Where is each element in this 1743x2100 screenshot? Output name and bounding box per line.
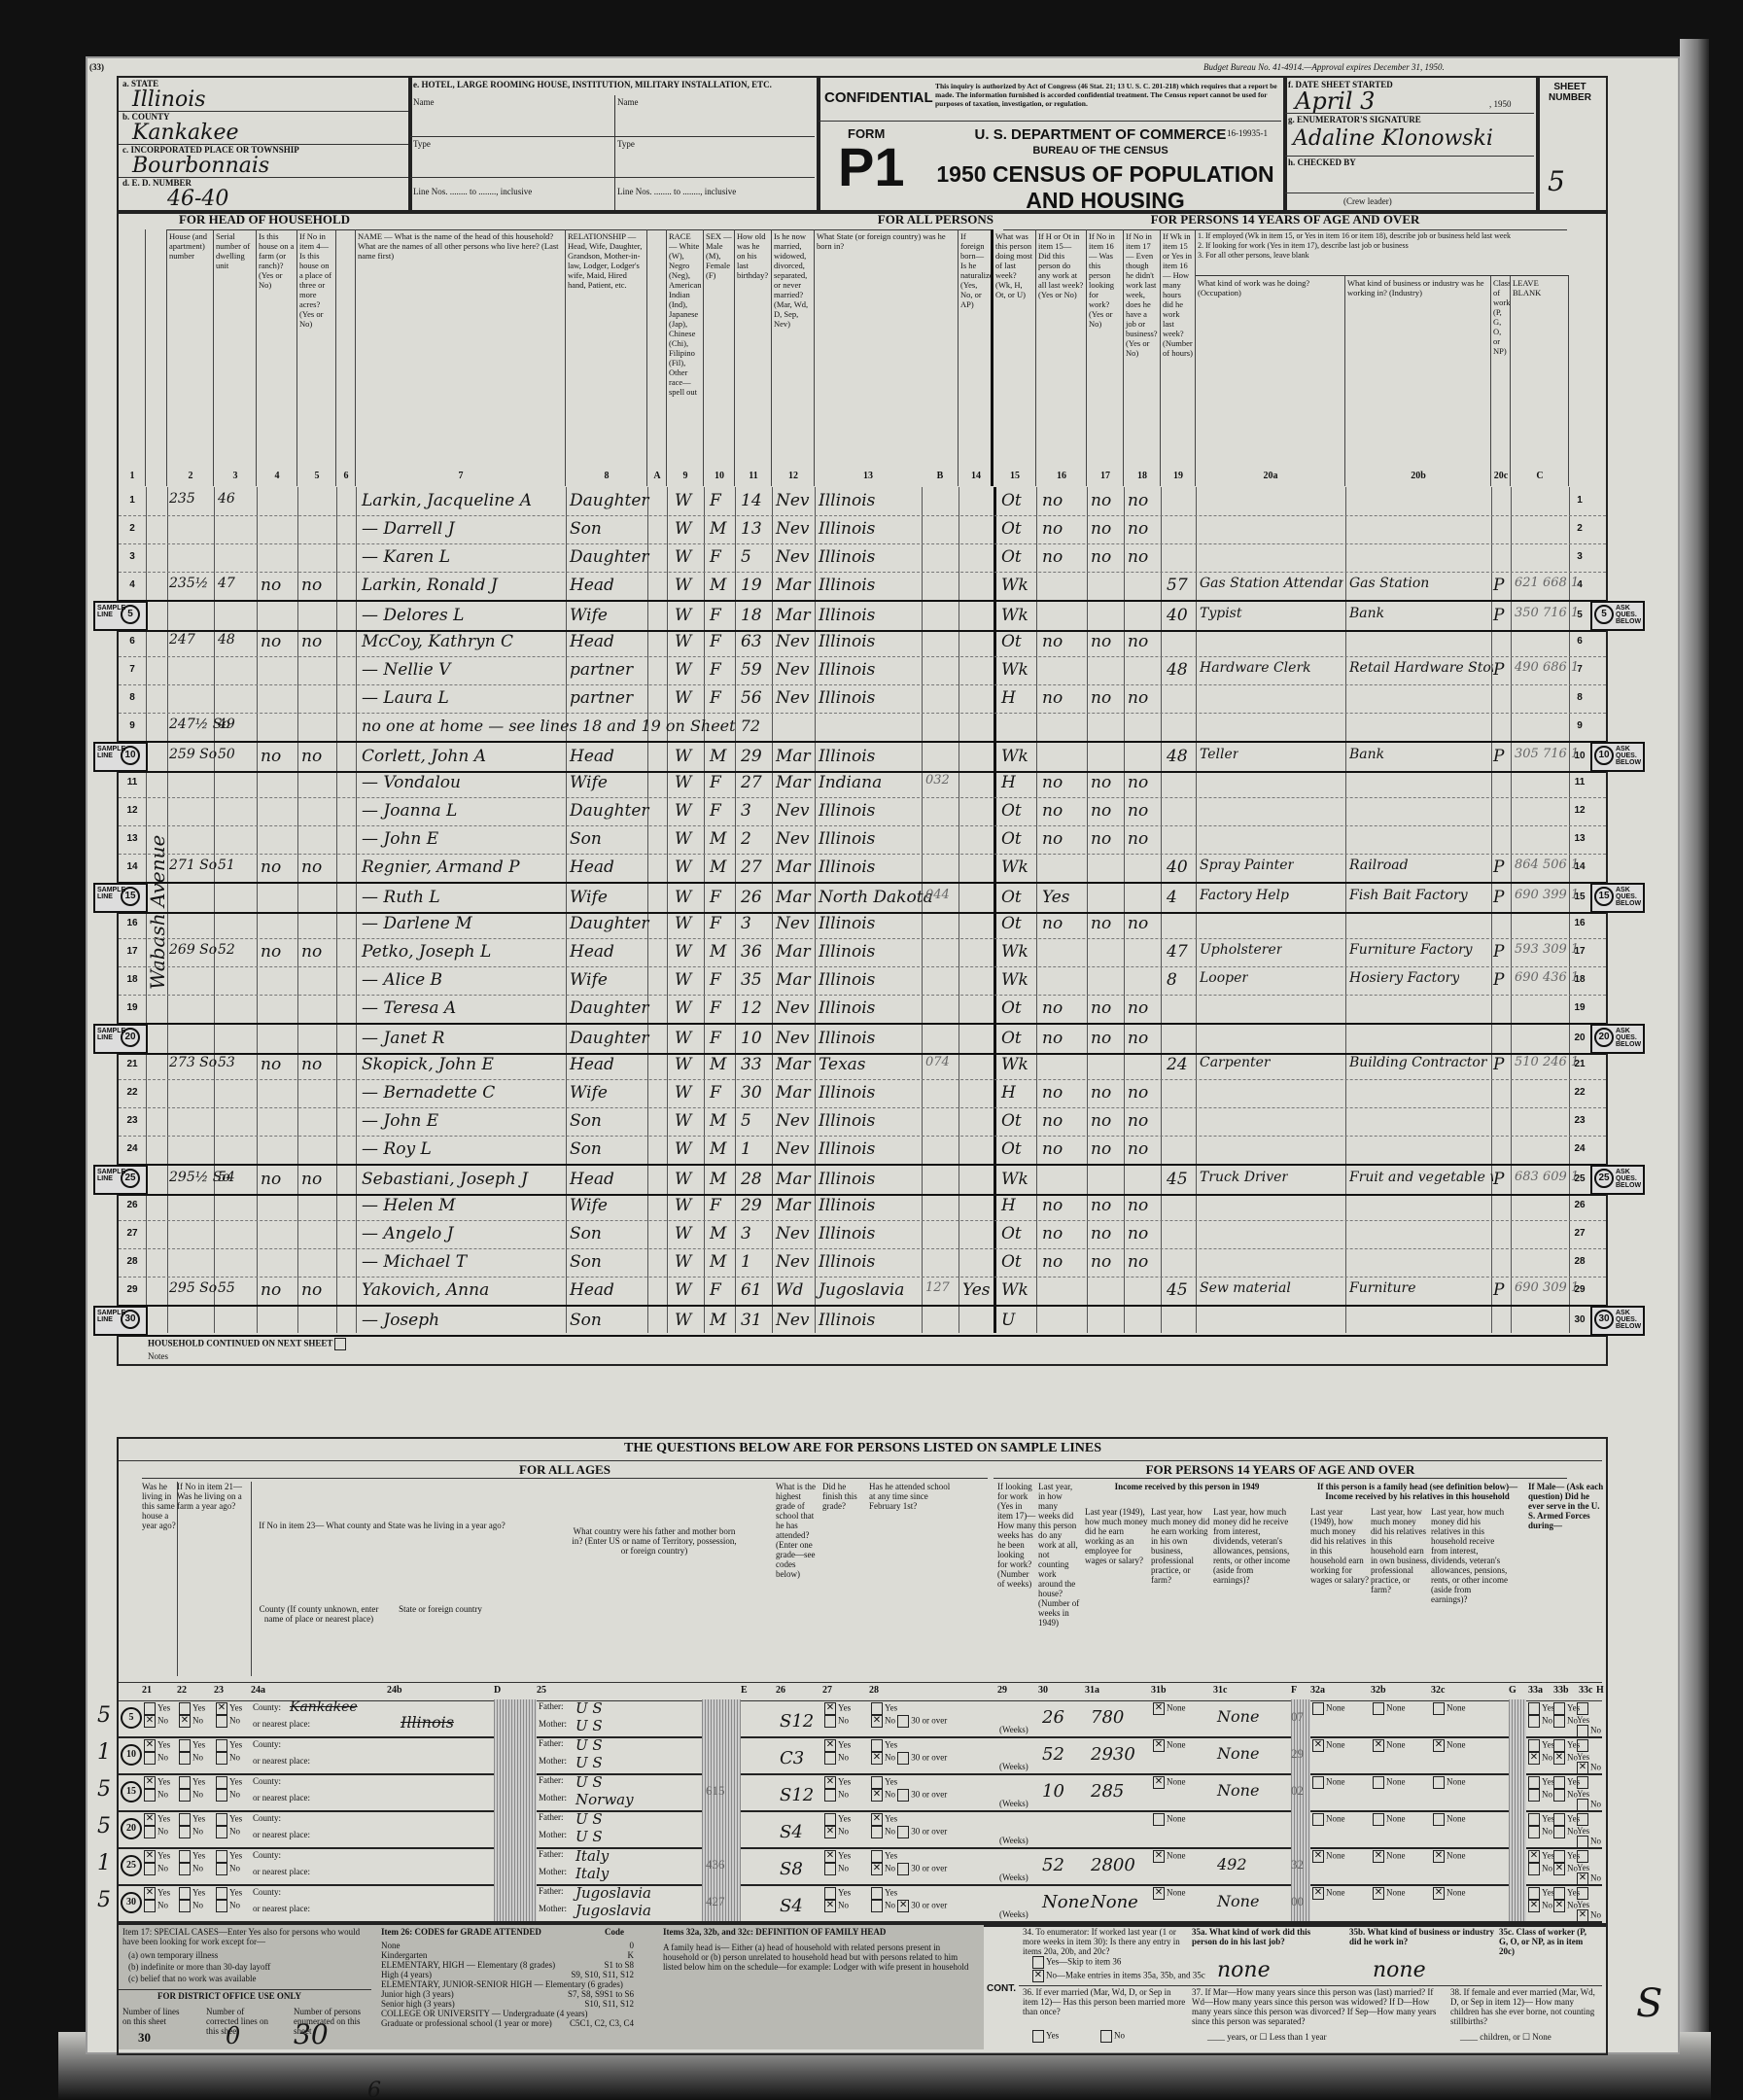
age[interactable]: 12 xyxy=(741,998,762,1018)
relationship[interactable]: Head xyxy=(570,576,614,595)
looking-for-work[interactable]: no xyxy=(1091,1083,1111,1102)
person-name[interactable]: — Joanna L xyxy=(362,801,457,821)
birthplace[interactable]: Illinois xyxy=(819,1252,875,1272)
activity[interactable]: Ot xyxy=(1001,888,1022,907)
house-number[interactable]: 269 So xyxy=(169,942,217,958)
person-name[interactable]: — Teresa A xyxy=(362,998,456,1018)
class-of-worker[interactable]: P xyxy=(1493,660,1504,680)
highest-grade[interactable]: S4 xyxy=(780,1822,803,1842)
occupation[interactable]: Upholsterer xyxy=(1200,942,1282,958)
marital-status[interactable]: Nev xyxy=(776,1029,810,1048)
house-number[interactable]: 247 xyxy=(169,632,195,647)
acres[interactable]: no xyxy=(301,942,322,962)
birthplace[interactable]: Illinois xyxy=(819,1083,875,1102)
marital-status[interactable]: Mar xyxy=(776,773,811,792)
marital-status[interactable]: Nev xyxy=(776,801,810,821)
class-of-worker[interactable]: P xyxy=(1493,1280,1504,1300)
race[interactable]: W xyxy=(675,1083,691,1102)
person-name[interactable]: Larkin, Ronald J xyxy=(362,576,498,595)
highest-grade[interactable]: C3 xyxy=(780,1748,804,1768)
own-business-income[interactable]: None xyxy=(1153,1813,1186,1826)
mother-birthplace[interactable]: U S xyxy=(575,1717,603,1734)
age[interactable]: 26 xyxy=(741,888,762,907)
age[interactable]: 27 xyxy=(741,857,762,877)
relatives-wages[interactable]: ✕None xyxy=(1312,1850,1345,1863)
person-name[interactable]: Yakovich, Anna xyxy=(362,1280,489,1300)
household-continued[interactable]: HOUSEHOLD CONTINUED ON NEXT SHEET xyxy=(148,1338,348,1350)
has-job[interactable]: no xyxy=(1128,1111,1148,1131)
hours-worked[interactable]: 45 xyxy=(1167,1170,1188,1189)
worked-last-week[interactable]: no xyxy=(1042,547,1063,567)
age[interactable]: 1 xyxy=(741,1139,751,1159)
hours-worked[interactable]: 48 xyxy=(1167,660,1188,680)
activity[interactable]: Ot xyxy=(1001,491,1022,510)
q22-on-farm[interactable]: YesNo xyxy=(179,1850,205,1875)
dwelling-serial[interactable]: 55 xyxy=(218,1280,235,1296)
race[interactable]: W xyxy=(675,1311,691,1330)
q22-on-farm[interactable]: Yes✕No xyxy=(179,1702,205,1728)
wages-1949[interactable]: None xyxy=(1091,1892,1138,1912)
birthplace[interactable]: Illinois xyxy=(819,1170,875,1189)
age[interactable]: 35 xyxy=(741,970,762,990)
race[interactable]: W xyxy=(675,1029,691,1048)
race[interactable]: W xyxy=(675,829,691,849)
worked-last-week[interactable]: no xyxy=(1042,1224,1063,1243)
q23-same-county[interactable]: YesNo xyxy=(216,1887,242,1912)
date-started[interactable]: April 3 xyxy=(1295,87,1375,115)
highest-grade[interactable]: S12 xyxy=(780,1711,814,1732)
other-income[interactable]: None xyxy=(1217,1744,1259,1763)
race[interactable]: W xyxy=(675,547,691,567)
has-job[interactable]: no xyxy=(1128,1083,1148,1102)
other-income[interactable]: None xyxy=(1217,1781,1259,1800)
birthplace[interactable]: Illinois xyxy=(819,1139,875,1159)
looking-for-work[interactable]: no xyxy=(1091,1111,1111,1131)
industry[interactable]: Building Contractor xyxy=(1349,1055,1487,1070)
highest-grade[interactable]: S8 xyxy=(780,1859,803,1879)
race[interactable]: W xyxy=(675,1280,691,1300)
q21-same-house[interactable]: ✕YesNo xyxy=(144,1850,170,1875)
acres[interactable]: no xyxy=(301,1170,322,1189)
father-birthplace[interactable]: U S xyxy=(575,1810,603,1828)
industry[interactable]: Bank xyxy=(1349,606,1384,621)
sex[interactable]: F xyxy=(710,914,721,933)
attended-school[interactable]: Yes✕No 30 or over xyxy=(871,1850,947,1875)
wages-1949[interactable]: 780 xyxy=(1091,1707,1124,1728)
race[interactable]: W xyxy=(675,1224,691,1243)
birthplace[interactable]: Illinois xyxy=(819,660,875,680)
race[interactable]: W xyxy=(675,998,691,1018)
mother-birthplace[interactable]: Italy xyxy=(575,1865,609,1882)
activity[interactable]: Wk xyxy=(1001,942,1028,962)
ww2-service[interactable]: YesNo xyxy=(1528,1776,1554,1802)
worked-last-week[interactable]: no xyxy=(1042,998,1063,1018)
q21-same-house[interactable]: ✕YesNo xyxy=(144,1887,170,1912)
relationship[interactable]: Daughter xyxy=(570,998,649,1018)
relationship[interactable]: Wife xyxy=(570,1196,608,1215)
father-birthplace[interactable]: Italy xyxy=(575,1847,609,1865)
person-name[interactable]: — Delores L xyxy=(362,606,464,625)
worked-last-week[interactable]: no xyxy=(1042,1139,1063,1159)
mother-birthplace[interactable]: U S xyxy=(575,1828,603,1845)
age[interactable]: 13 xyxy=(741,519,762,539)
class-of-worker[interactable]: P xyxy=(1493,747,1504,766)
person-name[interactable]: — Roy L xyxy=(362,1139,432,1159)
q22-on-farm[interactable]: YesNo xyxy=(179,1813,205,1838)
industry[interactable]: Bank xyxy=(1349,747,1384,762)
weeks-worked[interactable]: 52 xyxy=(1042,1744,1064,1765)
sex[interactable]: F xyxy=(710,547,721,567)
farm[interactable]: no xyxy=(261,632,281,651)
worked-last-week[interactable]: no xyxy=(1042,914,1063,933)
worked-last-week[interactable]: Yes xyxy=(1042,888,1070,907)
race[interactable]: W xyxy=(675,1139,691,1159)
marital-status[interactable]: Nev xyxy=(776,914,810,933)
age[interactable]: 10 xyxy=(741,1029,762,1048)
person-name[interactable]: — Ruth L xyxy=(362,888,440,907)
race[interactable]: W xyxy=(675,857,691,877)
attended-school[interactable]: YesNo ✕30 or over xyxy=(871,1887,947,1912)
occupation[interactable]: Teller xyxy=(1200,747,1238,762)
sex[interactable]: M xyxy=(710,942,726,962)
ww2-service[interactable]: Yes✕No xyxy=(1528,1887,1554,1912)
age[interactable]: 30 xyxy=(741,1083,762,1102)
relationship[interactable]: Head xyxy=(570,1280,614,1300)
other-income[interactable]: None xyxy=(1217,1892,1259,1910)
marital-status[interactable]: Nev xyxy=(776,632,810,651)
own-business-income[interactable]: ✕None xyxy=(1153,1739,1186,1752)
mother-birthplace[interactable]: U S xyxy=(575,1754,603,1771)
race[interactable]: W xyxy=(675,660,691,680)
age[interactable]: 59 xyxy=(741,660,762,680)
age[interactable]: 2 xyxy=(741,829,751,849)
county-year-ago[interactable]: Kankakee xyxy=(290,1699,358,1715)
marital-status[interactable]: Mar xyxy=(776,1055,811,1074)
house-number[interactable]: 273 So xyxy=(169,1055,217,1070)
q23-same-county[interactable]: YesNo xyxy=(216,1813,242,1838)
relatives-wages[interactable]: None xyxy=(1312,1776,1345,1789)
relatives-other[interactable]: ✕None xyxy=(1433,1887,1466,1900)
has-job[interactable]: no xyxy=(1128,801,1148,821)
relationship[interactable]: Wife xyxy=(570,1083,608,1102)
person-name[interactable]: Petko, Joseph L xyxy=(362,942,491,962)
activity[interactable]: Wk xyxy=(1001,747,1028,766)
has-job[interactable]: no xyxy=(1128,1224,1148,1243)
farm[interactable]: no xyxy=(261,857,281,877)
age[interactable]: 27 xyxy=(741,773,762,792)
marital-status[interactable]: Mar xyxy=(776,970,811,990)
sex[interactable]: F xyxy=(710,998,721,1018)
relationship[interactable]: Daughter xyxy=(570,914,649,933)
father-birthplace[interactable]: U S xyxy=(575,1736,603,1754)
marital-status[interactable]: Mar xyxy=(776,576,811,595)
other-service[interactable]: YesNo xyxy=(1577,1776,1602,1811)
industry[interactable]: Hosiery Factory xyxy=(1349,970,1459,986)
person-name[interactable]: McCoy, Kathryn C xyxy=(362,632,513,651)
naturalized[interactable]: Yes xyxy=(962,1280,991,1300)
looking-for-work[interactable]: no xyxy=(1091,1252,1111,1272)
relatives-other[interactable]: None xyxy=(1433,1813,1466,1826)
activity[interactable]: Ot xyxy=(1001,1224,1022,1243)
sex[interactable]: F xyxy=(710,1280,721,1300)
age[interactable]: 5 xyxy=(741,1111,751,1131)
relationship[interactable]: Son xyxy=(570,1252,602,1272)
activity[interactable]: Wk xyxy=(1001,660,1028,680)
sex[interactable]: F xyxy=(710,1083,721,1102)
person-name[interactable]: — John E xyxy=(362,829,438,849)
marital-status[interactable]: Nev xyxy=(776,1224,810,1243)
marital-status[interactable]: Nev xyxy=(776,829,810,849)
finished-grade[interactable]: Yes✕No xyxy=(824,1887,851,1912)
q23-same-county[interactable]: YesNo xyxy=(216,1739,242,1765)
birthplace[interactable]: Illinois xyxy=(819,914,875,933)
marital-status[interactable]: Nev xyxy=(776,1111,810,1131)
birthplace[interactable]: Illinois xyxy=(819,829,875,849)
has-job[interactable]: no xyxy=(1128,1029,1148,1048)
sex[interactable]: F xyxy=(710,632,721,651)
birthplace[interactable]: Illinois xyxy=(819,942,875,962)
birthplace[interactable]: North Dakota xyxy=(819,888,933,907)
birthplace[interactable]: Illinois xyxy=(819,606,875,625)
race[interactable]: W xyxy=(675,1111,691,1131)
attended-school[interactable]: Yes✕No 30 or over xyxy=(871,1702,947,1728)
race[interactable]: W xyxy=(675,576,691,595)
activity[interactable]: Ot xyxy=(1001,1111,1022,1131)
sex[interactable]: F xyxy=(710,970,721,990)
relationship[interactable]: Daughter xyxy=(570,491,649,510)
birthplace[interactable]: Illinois xyxy=(819,998,875,1018)
household-continued-checkbox[interactable] xyxy=(334,1338,346,1350)
activity[interactable]: Ot xyxy=(1001,998,1022,1018)
relationship[interactable]: Wife xyxy=(570,773,608,792)
activity[interactable]: Ot xyxy=(1001,1139,1022,1159)
sex[interactable]: F xyxy=(710,660,721,680)
q36-no[interactable]: No xyxy=(1100,2030,1125,2043)
relationship[interactable]: Wife xyxy=(570,888,608,907)
marital-status[interactable]: Nev xyxy=(776,547,810,567)
occupation[interactable]: Carpenter xyxy=(1200,1055,1271,1070)
birthplace[interactable]: Texas xyxy=(819,1055,866,1074)
weeks-worked[interactable]: None xyxy=(1042,1892,1090,1912)
farm[interactable]: no xyxy=(261,942,281,962)
activity[interactable]: Ot xyxy=(1001,547,1022,567)
q34-no[interactable]: ✕No—Make entries in items 35a, 35b, and … xyxy=(1032,1970,1205,1982)
occupation[interactable]: Truck Driver xyxy=(1200,1170,1288,1185)
sex[interactable]: M xyxy=(710,857,726,877)
looking-for-work[interactable]: no xyxy=(1091,773,1111,792)
birthplace[interactable]: Indiana xyxy=(819,773,882,792)
looking-for-work[interactable]: no xyxy=(1091,829,1111,849)
weeks-worked[interactable]: 52 xyxy=(1042,1855,1064,1875)
birthplace[interactable]: Illinois xyxy=(819,1224,875,1243)
race[interactable]: W xyxy=(675,888,691,907)
age[interactable]: 63 xyxy=(741,632,762,651)
occupation[interactable]: Typist xyxy=(1200,606,1242,621)
person-name[interactable]: — Nellie V xyxy=(362,660,450,680)
has-job[interactable]: no xyxy=(1128,632,1148,651)
industry[interactable]: Gas Station xyxy=(1349,576,1429,591)
relationship[interactable]: partner xyxy=(570,688,633,708)
class-of-worker[interactable]: P xyxy=(1493,942,1504,962)
class-of-worker[interactable]: P xyxy=(1493,576,1504,595)
other-income[interactable]: None xyxy=(1217,1707,1259,1726)
activity[interactable]: Wk xyxy=(1001,1170,1028,1189)
birthplace[interactable]: Illinois xyxy=(819,632,875,651)
dwelling-serial[interactable]: 49 xyxy=(218,717,235,732)
hours-worked[interactable]: 47 xyxy=(1167,942,1188,962)
class-of-worker[interactable]: P xyxy=(1493,888,1504,907)
birthplace[interactable]: Illinois xyxy=(819,747,875,766)
relationship[interactable]: Wife xyxy=(570,970,608,990)
person-name[interactable]: — Bernadette C xyxy=(362,1083,495,1102)
relatives-business[interactable]: None xyxy=(1373,1702,1406,1715)
sex[interactable]: M xyxy=(710,829,726,849)
attended-school[interactable]: Yes✕No 30 or over xyxy=(871,1776,947,1802)
other-service[interactable]: YesNo xyxy=(1577,1813,1602,1848)
has-job[interactable]: no xyxy=(1128,829,1148,849)
has-job[interactable]: no xyxy=(1128,547,1148,567)
q35b-value[interactable]: none xyxy=(1373,1958,1426,1982)
race[interactable]: W xyxy=(675,1055,691,1074)
hours-worked[interactable]: 48 xyxy=(1167,747,1188,766)
activity[interactable]: Ot xyxy=(1001,801,1022,821)
industry[interactable]: Furniture Factory xyxy=(1349,942,1473,958)
activity[interactable]: Wk xyxy=(1001,606,1028,625)
q22-on-farm[interactable]: YesNo xyxy=(179,1739,205,1765)
dwelling-serial[interactable]: 51 xyxy=(218,857,235,873)
house-number[interactable]: 235 xyxy=(169,491,195,507)
worked-last-week[interactable]: no xyxy=(1042,519,1063,539)
place-field[interactable]: c. INCORPORATED PLACE OR TOWNSHIP Bourbo… xyxy=(119,144,410,178)
age[interactable]: 1 xyxy=(741,1252,751,1272)
other-service[interactable]: Yes✕No xyxy=(1577,1739,1602,1774)
person-name[interactable]: no one at home — see lines 18 and 19 on … xyxy=(362,717,760,735)
relatives-other[interactable]: None xyxy=(1433,1702,1466,1715)
industry[interactable]: Fruit and vegetable wholesale xyxy=(1349,1170,1493,1185)
birthplace[interactable]: Illinois xyxy=(819,519,875,539)
acres[interactable]: no xyxy=(301,1280,322,1300)
mother-birthplace[interactable]: Jugoslavia xyxy=(575,1902,651,1919)
marital-status[interactable]: Mar xyxy=(776,942,811,962)
person-name[interactable]: — Alice B xyxy=(362,970,442,990)
activity[interactable]: Wk xyxy=(1001,857,1028,877)
sex[interactable]: M xyxy=(710,1170,726,1189)
birthplace[interactable]: Illinois xyxy=(819,547,875,567)
has-job[interactable]: no xyxy=(1128,491,1148,510)
own-business-income[interactable]: ✕None xyxy=(1153,1887,1186,1900)
sex[interactable]: F xyxy=(710,688,721,708)
relationship[interactable]: Daughter xyxy=(570,801,649,821)
sex[interactable]: M xyxy=(710,1252,726,1272)
occupation[interactable]: Looper xyxy=(1200,970,1248,986)
sex[interactable]: F xyxy=(710,606,721,625)
occupation[interactable]: Gas Station Attendant xyxy=(1200,576,1343,591)
class-of-worker[interactable]: P xyxy=(1493,1170,1504,1189)
occupation[interactable]: Hardware Clerk xyxy=(1200,660,1311,676)
sex[interactable]: M xyxy=(710,1139,726,1159)
age[interactable]: 3 xyxy=(741,914,751,933)
occupation[interactable]: Sew material xyxy=(1200,1280,1291,1296)
finished-grade[interactable]: Yes✕No xyxy=(824,1813,851,1838)
q23-same-county[interactable]: YesNo xyxy=(216,1776,242,1802)
relatives-wages[interactable]: None xyxy=(1312,1702,1345,1715)
marital-status[interactable]: Nev xyxy=(776,660,810,680)
acres[interactable]: no xyxy=(301,1055,322,1074)
relationship[interactable]: Son xyxy=(570,829,602,849)
birthplace[interactable]: Jugoslavia xyxy=(819,1280,904,1300)
relatives-other[interactable]: ✕None xyxy=(1433,1739,1466,1752)
relationship[interactable]: Head xyxy=(570,1055,614,1074)
attended-school[interactable]: ✕YesNo 30 or over xyxy=(871,1813,947,1838)
age[interactable]: 19 xyxy=(741,576,762,595)
person-name[interactable]: — John E xyxy=(362,1111,438,1131)
acres[interactable]: no xyxy=(301,857,322,877)
birthplace[interactable]: Illinois xyxy=(819,1196,875,1215)
ww2-service[interactable]: Yes✕No xyxy=(1528,1739,1554,1765)
person-name[interactable]: — Angelo J xyxy=(362,1224,453,1243)
weeks-worked[interactable]: 26 xyxy=(1042,1707,1064,1728)
sex[interactable]: F xyxy=(710,773,721,792)
industry[interactable]: Railroad xyxy=(1349,857,1409,873)
birthplace[interactable]: Illinois xyxy=(819,688,875,708)
worked-last-week[interactable]: no xyxy=(1042,1196,1063,1215)
acres[interactable]: no xyxy=(301,632,322,651)
age[interactable]: 3 xyxy=(741,801,751,821)
marital-status[interactable]: Mar xyxy=(776,1196,811,1215)
relationship[interactable]: Head xyxy=(570,747,614,766)
house-number[interactable]: 295 So xyxy=(169,1280,217,1296)
activity[interactable]: H xyxy=(1001,1083,1016,1102)
sex[interactable]: F xyxy=(710,1029,721,1048)
birthplace-code[interactable]: 032 xyxy=(925,773,950,787)
marital-status[interactable]: Mar xyxy=(776,1083,811,1102)
state-field[interactable]: a. STATE Illinois xyxy=(119,78,410,112)
looking-for-work[interactable]: no xyxy=(1091,547,1111,567)
industry[interactable]: Retail Hardware Store xyxy=(1349,660,1493,676)
hours-worked[interactable]: 45 xyxy=(1167,1280,1188,1300)
father-birthplace[interactable]: U S xyxy=(575,1773,603,1791)
marital-status[interactable]: Nev xyxy=(776,1139,810,1159)
farm[interactable]: no xyxy=(261,1055,281,1074)
activity[interactable]: Ot xyxy=(1001,632,1022,651)
age[interactable]: 3 xyxy=(741,1224,751,1243)
sex[interactable]: M xyxy=(710,1111,726,1131)
activity[interactable]: Ot xyxy=(1001,1252,1022,1272)
activity[interactable]: Wk xyxy=(1001,1055,1028,1074)
person-name[interactable]: Regnier, Armand P xyxy=(362,857,520,877)
own-business-income[interactable]: ✕None xyxy=(1153,1702,1186,1715)
hours-worked[interactable]: 40 xyxy=(1167,606,1188,625)
ww2-service[interactable]: ✕YesNo xyxy=(1528,1850,1554,1875)
dwelling-serial[interactable]: 46 xyxy=(218,491,235,507)
sex[interactable]: M xyxy=(710,1224,726,1243)
hours-worked[interactable]: 24 xyxy=(1167,1055,1188,1074)
marital-status[interactable]: Mar xyxy=(776,1170,811,1189)
dwelling-serial[interactable]: 53 xyxy=(218,1055,235,1070)
race[interactable]: W xyxy=(675,519,691,539)
relatives-business[interactable]: ✕None xyxy=(1373,1850,1406,1863)
sex[interactable]: F xyxy=(710,491,721,510)
relationship[interactable]: Head xyxy=(570,942,614,962)
relatives-wages[interactable]: None xyxy=(1312,1813,1345,1826)
age[interactable]: 56 xyxy=(741,688,762,708)
has-job[interactable]: no xyxy=(1128,914,1148,933)
ed-number-field[interactable]: d. E. D. NUMBER 46-40 xyxy=(119,177,410,210)
q34-yes[interactable]: Yes—Skip to item 36 xyxy=(1032,1956,1121,1969)
class-of-worker[interactable]: P xyxy=(1493,857,1504,877)
activity[interactable]: Wk xyxy=(1001,576,1028,595)
looking-for-work[interactable]: no xyxy=(1091,519,1111,539)
